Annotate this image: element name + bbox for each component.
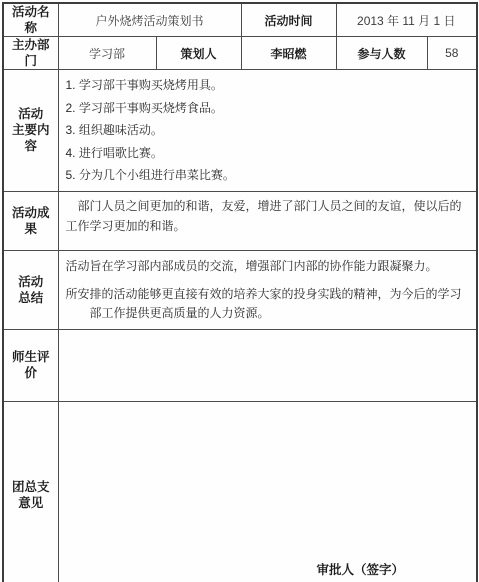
activity-name-label: 活动名 称 xyxy=(3,3,58,37)
main-content-item: 4. 进行唱歌比赛。 xyxy=(66,142,469,165)
main-content-item: 3. 组织趣味活动。 xyxy=(66,119,469,142)
summary-paragraph: 所安排的活动能够更直接有效的培养大家的投身实践的精神，为今后的学习部工作提供更高… xyxy=(66,285,469,323)
main-content-item: 5. 分为几个小组进行串菜比赛。 xyxy=(66,164,469,187)
row-activity-name: 活动名 称 户外烧烤活动策划书 活动时间 2013 年 11 月 1 日 xyxy=(3,3,477,37)
summary-paragraph: 活动旨在学习部内部成员的交流，增强部门内部的协作能力跟凝聚力。 xyxy=(66,257,469,276)
organizer-label: 主办部 门 xyxy=(3,37,58,70)
participants-label: 参与人数 xyxy=(336,37,427,70)
results-cell: 部门人员之间更加的和谐，友爱，增进了部门人员之间的友谊，使以后的工作学习更加的和… xyxy=(58,191,477,250)
planner-value: 李昭燃 xyxy=(241,37,336,70)
organizer-value: 学习部 xyxy=(58,37,156,70)
activity-name-value: 户外烧烤活动策划书 xyxy=(58,3,241,37)
summary-label: 活动 总结 xyxy=(3,250,58,329)
committee-label: 团总支 意见 xyxy=(3,401,58,582)
evaluation-label: 师生评 价 xyxy=(3,329,58,401)
main-content-label: 活动 主要内 容 xyxy=(3,70,58,192)
committee-cell: 审批人（签字） xyxy=(58,401,477,582)
participants-value: 58 xyxy=(427,37,477,70)
row-evaluation: 师生评 价 xyxy=(3,329,477,401)
main-content-item: 1. 学习部干事购买烧烤用具。 xyxy=(66,74,469,97)
results-label: 活动成 果 xyxy=(3,191,58,250)
row-main-content: 活动 主要内 容 1. 学习部干事购买烧烤用具。 2. 学习部干事购买烧烤食品。… xyxy=(3,70,477,192)
approver-signature-label: 审批人（签字） xyxy=(317,560,405,580)
planner-label: 策划人 xyxy=(156,37,241,70)
evaluation-cell xyxy=(58,329,477,401)
row-organizer: 主办部 门 学习部 策划人 李昭燃 参与人数 58 xyxy=(3,37,477,70)
activity-plan-table: 活动名 称 户外烧烤活动策划书 活动时间 2013 年 11 月 1 日 主办部… xyxy=(2,2,478,582)
row-summary: 活动 总结 活动旨在学习部内部成员的交流，增强部门内部的协作能力跟凝聚力。 所安… xyxy=(3,250,477,329)
main-content-item: 2. 学习部干事购买烧烤食品。 xyxy=(66,97,469,120)
activity-time-label: 活动时间 xyxy=(241,3,336,37)
activity-time-value: 2013 年 11 月 1 日 xyxy=(336,3,477,37)
summary-cell: 活动旨在学习部内部成员的交流，增强部门内部的协作能力跟凝聚力。 所安排的活动能够… xyxy=(58,250,477,329)
document-page: 活动名 称 户外烧烤活动策划书 活动时间 2013 年 11 月 1 日 主办部… xyxy=(0,0,479,582)
row-committee: 团总支 意见 审批人（签字） xyxy=(3,401,477,582)
main-content-cell: 1. 学习部干事购买烧烤用具。 2. 学习部干事购买烧烤食品。 3. 组织趣味活… xyxy=(58,70,477,192)
results-text: 部门人员之间更加的和谐，友爱，增进了部门人员之间的友谊，使以后的工作学习更加的和… xyxy=(66,196,469,236)
row-results: 活动成 果 部门人员之间更加的和谐，友爱，增进了部门人员之间的友谊，使以后的工作… xyxy=(3,191,477,250)
